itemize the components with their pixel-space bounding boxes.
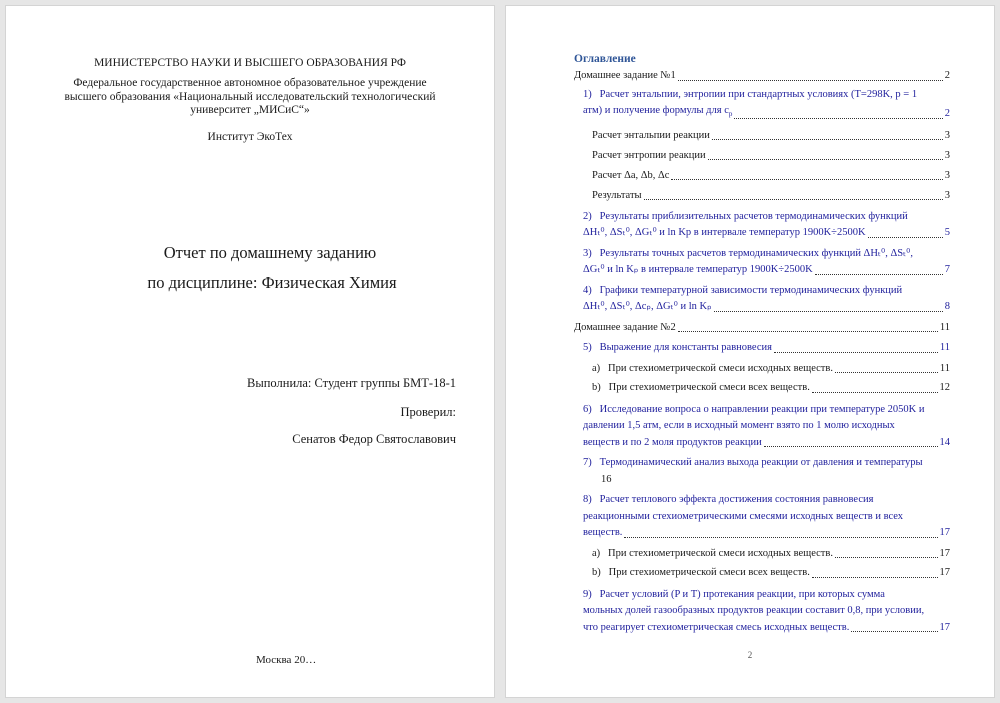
performed-by: Выполнила: Студент группы БМТ-18-1 — [247, 376, 456, 391]
toc-entry-hw1[interactable]: Домашнее задание №12 — [574, 68, 950, 85]
toc-entry-5b[interactable]: b) При стехиометрической смеси всех веще… — [574, 380, 950, 397]
university-line: университет „МИСиС“» — [6, 104, 494, 118]
toc-entry-7[interactable]: 7) Термодинамический анализ выхода реакц… — [574, 455, 950, 488]
report-title: Отчет по домашнему заданию — [26, 243, 514, 263]
toc-entry-8a[interactable]: a) При стехиометрической смеси исходных … — [574, 546, 950, 563]
teacher-name: Сенатов Федор Святославович — [292, 432, 456, 447]
toc-entry-6[interactable]: 6) Исследование вопроса о направлении ре… — [574, 402, 950, 452]
toc-entry-3[interactable]: 3) Результаты точных расчетов термодинам… — [574, 246, 950, 279]
institute: Институт ЭкоТех — [6, 131, 494, 143]
toc-entry-hw2[interactable]: Домашнее задание №2 11 — [574, 320, 950, 337]
toc-entry-1-4[interactable]: Результаты 3 — [574, 187, 950, 204]
toc-entry-2[interactable]: 2) Результаты приблизительных расчетов т… — [574, 209, 950, 242]
toc-entry-1[interactable]: 1) Расчет энтальпии, энтропии при станда… — [574, 87, 950, 123]
toc-entry-4[interactable]: 4) Графики температурной зависимости тер… — [574, 283, 950, 316]
ministry-heading: МИНИСТЕРСТВО НАУКИ И ВЫСШЕГО ОБРАЗОВАНИЯ… — [6, 57, 494, 69]
university-line: высшего образования «Национальный исслед… — [6, 91, 494, 105]
title-page: МИНИСТЕРСТВО НАУКИ И ВЫСШЕГО ОБРАЗОВАНИЯ… — [6, 6, 494, 697]
toc-entry-5a[interactable]: a) При стехиометрической смеси исходных … — [574, 361, 950, 378]
university-line: Федеральное государственное автономное о… — [6, 77, 494, 91]
toc-entry-8[interactable]: 8) Расчет теплового эффекта достижения с… — [574, 492, 950, 542]
toc-entry-5[interactable]: 5) Выражение для константы равновесия11 — [574, 340, 950, 357]
checked-by: Проверил: — [400, 405, 456, 420]
page-number: 2 — [506, 650, 994, 660]
toc-title: Оглавление — [574, 53, 950, 65]
toc-entry-1-2[interactable]: Расчет энтропии реакции3 — [574, 147, 950, 164]
table-of-contents: Оглавление Домашнее задание №12 1) Расче… — [574, 53, 950, 640]
toc-entry-1-3[interactable]: Расчет Δa, Δb, Δc3 — [574, 167, 950, 184]
toc-page: Оглавление Домашнее задание №12 1) Расче… — [506, 6, 994, 697]
toc-entry-8b[interactable]: b) При стехиометрической смеси всех веще… — [574, 565, 950, 582]
university-name: Федеральное государственное автономное о… — [6, 77, 494, 118]
discipline: по дисциплине: Физическая Химия — [28, 273, 516, 293]
toc-entry-9[interactable]: 9) Расчет условий (P и T) протекания реа… — [574, 587, 950, 637]
toc-entry-1-1[interactable]: Расчет энтальпии реакции3 — [574, 127, 950, 144]
city-year: Москва 20… — [256, 654, 316, 666]
